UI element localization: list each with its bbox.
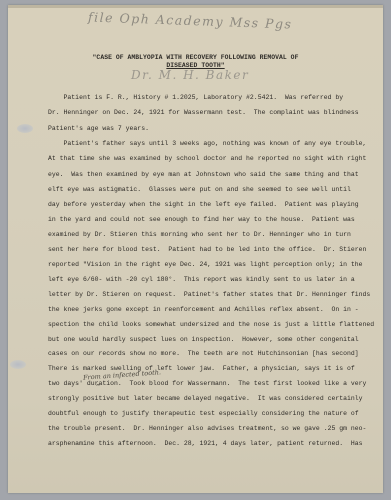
body-line: cases on our records show no more. The t…: [48, 350, 359, 357]
body-line: examined by Dr. Stieren this morning who…: [48, 231, 351, 238]
body-line: strongly positive but later became delay…: [48, 395, 363, 402]
body-line: Patient's father says until 3 weeks ago,…: [48, 140, 366, 147]
body-line: but one would hardly suspect lues on ins…: [48, 336, 359, 343]
body-line: Patient is F. R., History # 1.2025, Labo…: [48, 94, 343, 101]
body-line: reported "Vision in the right eye Dec. 2…: [48, 261, 363, 268]
body-line: the knee jerks gone except in reenforcem…: [48, 306, 359, 313]
body-line: At that time she was examined by school …: [48, 155, 366, 162]
body-line: eye. Was then examined by eye man at Joh…: [48, 171, 359, 178]
document-page: file Oph Academy Mss Pgs "CASE OF AMBLYO…: [8, 5, 383, 493]
insertion-caret-icon: ⌃: [95, 383, 101, 391]
body-line: sent her here for blood test. Patient ha…: [48, 246, 366, 253]
body-line: arsphenamine this afternoon. Dec. 28, 19…: [48, 440, 363, 447]
document-title-line-1: "CASE OF AMBLYOPIA WITH RECOVERY FOLLOWI…: [8, 54, 383, 61]
page-top-edge: [8, 5, 383, 8]
paper-stain: [10, 360, 26, 369]
body-line: letter by Dr. Stieren on request. Patine…: [48, 291, 370, 298]
body-line: day before yesterday when the sight in t…: [48, 201, 359, 208]
paper-stain: [17, 124, 33, 133]
body-line: spection the child looks somewhat unders…: [48, 321, 374, 328]
handwritten-author: Dr. M. H. Baker: [131, 68, 249, 82]
body-line: in the yard and could not see enough to …: [48, 216, 355, 223]
body-line: Patient's age was 7 years.: [48, 125, 149, 132]
body-line: Dr. Henninger on Dec. 24, 1921 for Wasse…: [48, 109, 359, 116]
body-line: elft eye was astigmatic. Glasses were pu…: [48, 186, 351, 193]
body-line: left eye 6/60- with -20 cyl 180°. This r…: [48, 276, 355, 283]
body-line: the trouble present. Dr. Henninger also …: [48, 425, 366, 432]
handwritten-file-note: file Oph Academy Mss Pgs: [88, 9, 293, 31]
body-line: doubtful enough to justify therapeutic t…: [48, 410, 359, 417]
body-line: There is marked swelling of left lower j…: [48, 365, 355, 372]
